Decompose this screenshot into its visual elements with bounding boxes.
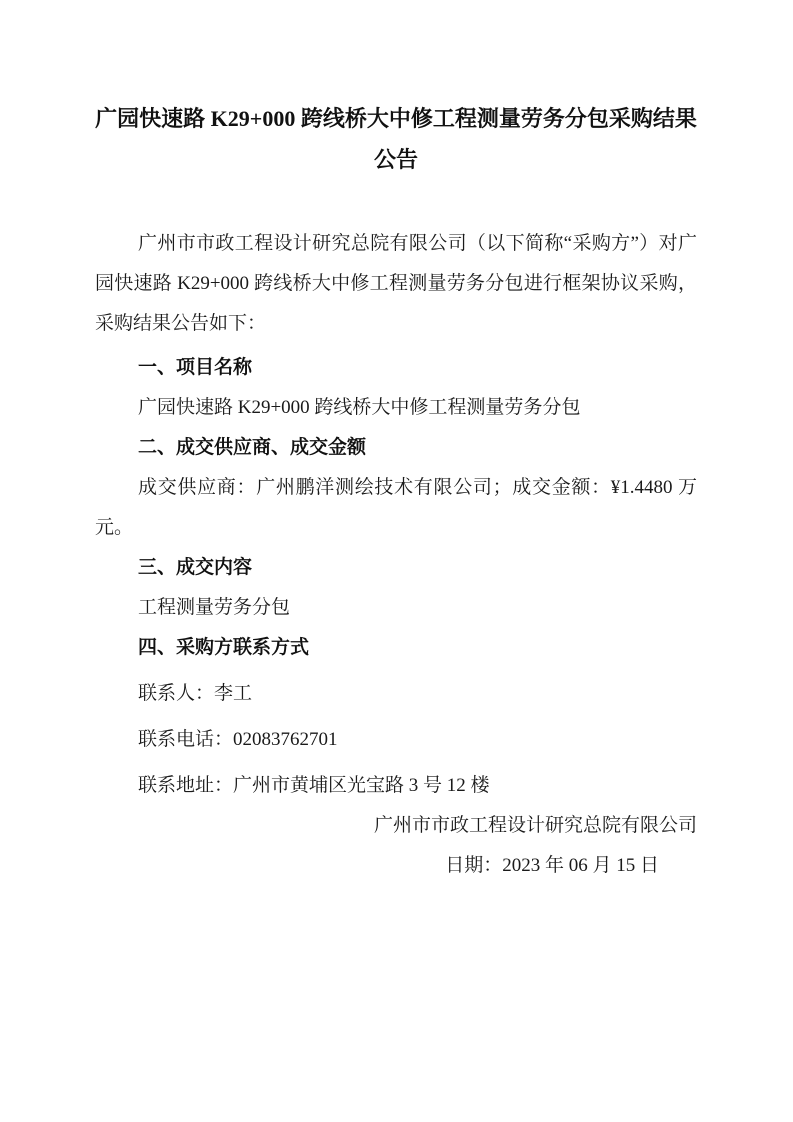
section-2-heading: 二、成交供应商、成交金额 — [95, 428, 697, 468]
section-3-heading: 三、成交内容 — [95, 548, 697, 588]
contact-phone-line: 联系电话：02083762701 — [95, 720, 697, 760]
section-1-content: 广园快速路 K29+000 跨线桥大中修工程测量劳务分包 — [95, 388, 697, 428]
contact-person-line: 联系人：李工 — [95, 674, 697, 714]
section-4-heading: 四、采购方联系方式 — [95, 628, 697, 668]
signature-company: 广州市市政工程设计研究总院有限公司 — [95, 806, 697, 846]
section-2-content: 成交供应商：广州鹏洋测绘技术有限公司；成交金额：¥1.4480 万元。 — [95, 468, 697, 548]
document-page: 广园快速路 K29+000 跨线桥大中修工程测量劳务分包采购结果公告 广州市市政… — [0, 0, 793, 1122]
contact-address-line: 联系地址：广州市黄埔区光宝路 3 号 12 楼 — [95, 766, 697, 806]
section-1-heading: 一、项目名称 — [95, 348, 697, 388]
document-title: 广园快速路 K29+000 跨线桥大中修工程测量劳务分包采购结果公告 — [95, 98, 697, 180]
signature-date: 日期：2023 年 06 月 15 日 — [95, 846, 697, 886]
section-3-content: 工程测量劳务分包 — [95, 588, 697, 628]
document-content: 广园快速路 K29+000 跨线桥大中修工程测量劳务分包采购结果公告 广州市市政… — [0, 0, 793, 886]
intro-paragraph: 广州市市政工程设计研究总院有限公司（以下简称“采购方”）对广园快速路 K29+0… — [95, 224, 697, 344]
